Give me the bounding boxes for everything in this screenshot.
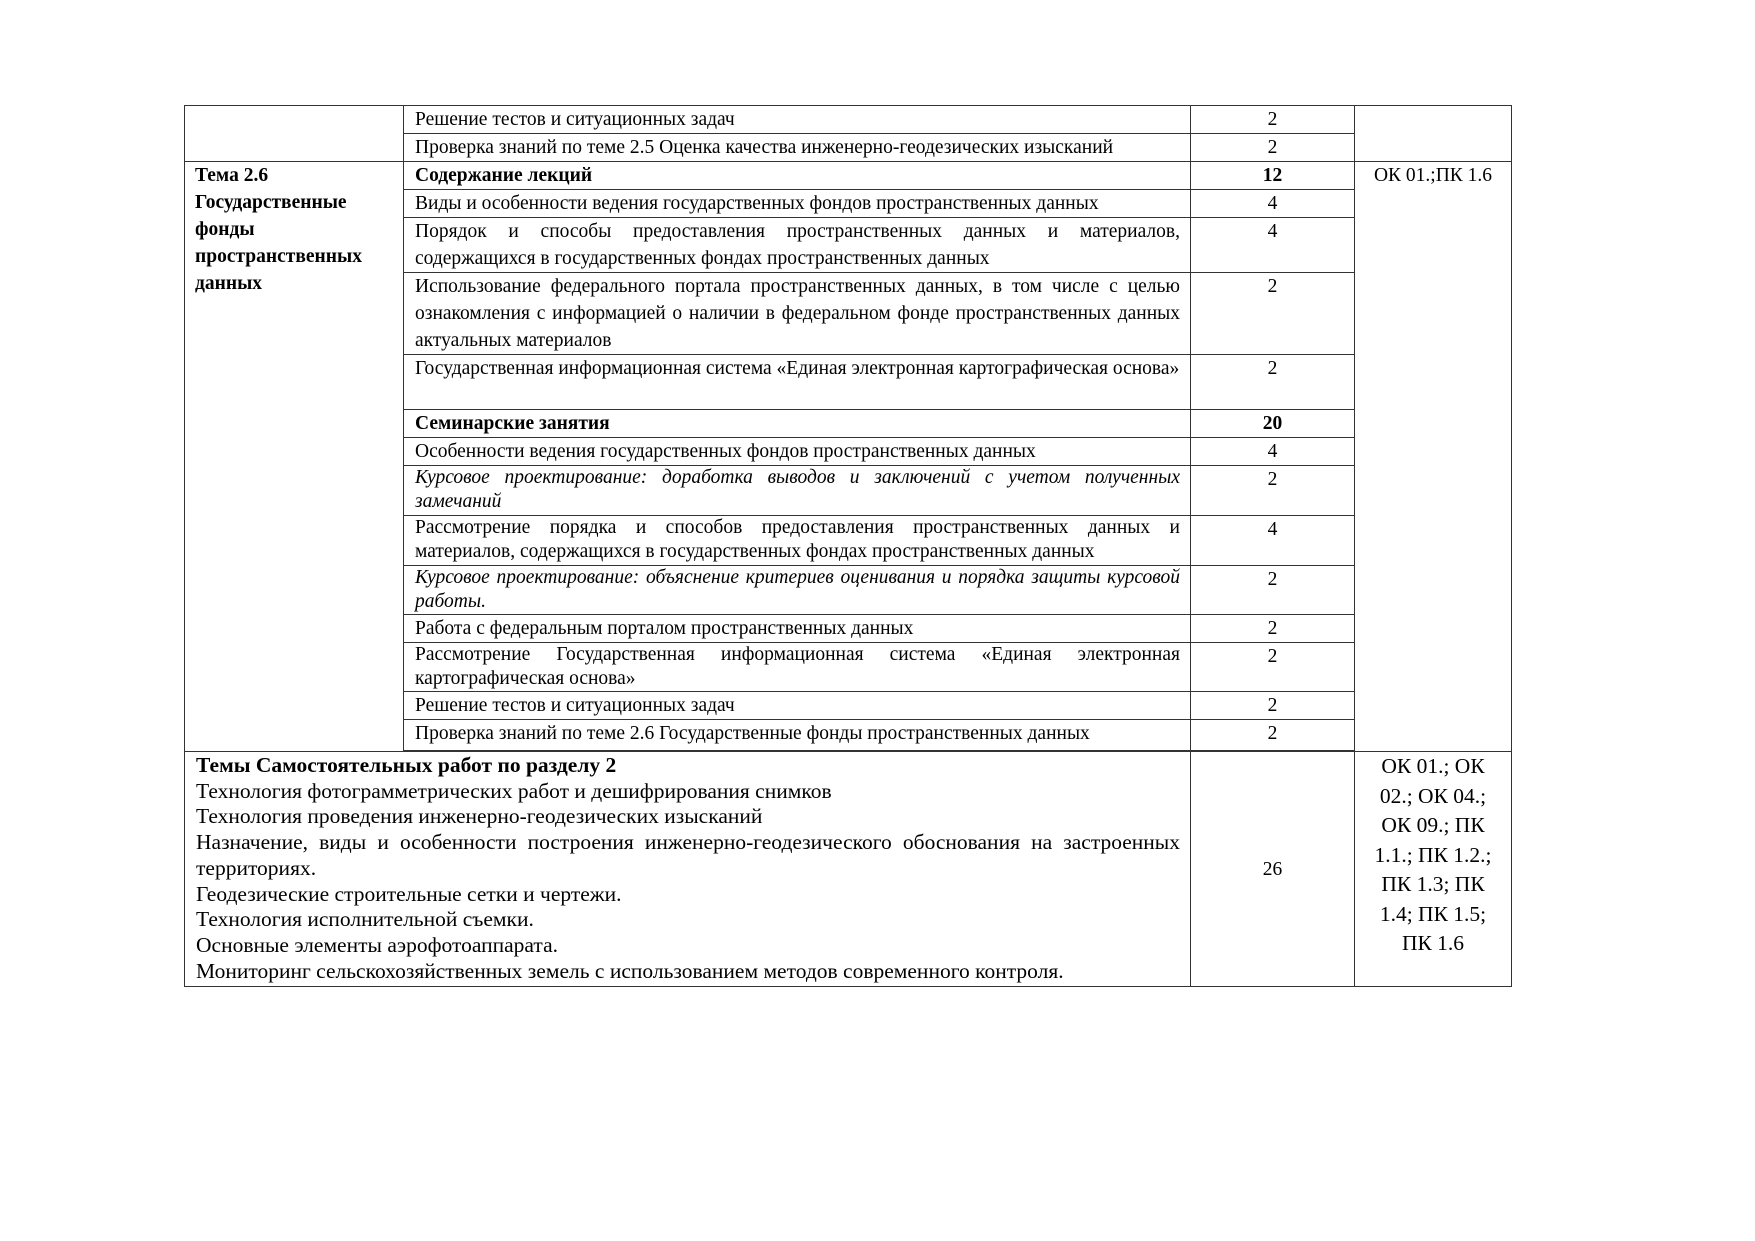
- topic-cell-empty: [185, 106, 404, 162]
- content-cell-italic: Курсовое проектирование: доработка вывод…: [404, 466, 1191, 516]
- hours-cell: 2: [1191, 720, 1355, 751]
- table-row: Тема 2.6 Государственные фонды пространс…: [185, 162, 1512, 190]
- independent-work-competencies: ОК 01.; ОК 02.; ОК 04.; ОК 09.; ПК 1.1.;…: [1355, 752, 1512, 987]
- content-cell: Решение тестов и ситуационных задач: [404, 692, 1191, 720]
- content-cell: Проверка знаний по теме 2.6 Государствен…: [404, 720, 1191, 751]
- section-heading-lectures: Содержание лекций: [404, 162, 1191, 190]
- curriculum-table: Решение тестов и ситуационных задач 2 Пр…: [184, 105, 1512, 987]
- hours-cell: 2: [1191, 134, 1355, 162]
- content-cell: Рассмотрение Государственная информацион…: [404, 643, 1191, 692]
- content-cell: Государственная информационная система «…: [404, 355, 1191, 410]
- content-cell: Рассмотрение порядка и способов предоста…: [404, 516, 1191, 566]
- independent-work-hours: 26: [1191, 752, 1355, 987]
- content-cell: Проверка знаний по теме 2.5 Оценка качес…: [404, 134, 1191, 162]
- content-cell: Порядок и способы предоставления простра…: [404, 218, 1191, 273]
- hours-total-seminars: 20: [1191, 410, 1355, 438]
- independent-work-topic: Назначение, виды и особенности построени…: [196, 830, 1180, 881]
- hours-cell: 4: [1191, 190, 1355, 218]
- hours-total-lectures: 12: [1191, 162, 1355, 190]
- content-cell-italic: Курсовое проектирование: объяснение крит…: [404, 566, 1191, 615]
- hours-cell: 4: [1191, 438, 1355, 466]
- hours-cell: 2: [1191, 643, 1355, 692]
- independent-work-topic: Технология фотограмметрических работ и д…: [196, 779, 1180, 805]
- independent-work-topic: Мониторинг сельскохозяйственных земель с…: [196, 959, 1180, 985]
- hours-cell: 2: [1191, 273, 1355, 355]
- hours-cell: 2: [1191, 466, 1355, 516]
- hours-cell: 2: [1191, 615, 1355, 643]
- competency-cell: ОК 01.;ПК 1.6: [1355, 162, 1512, 752]
- content-cell: Работа с федеральным порталом пространст…: [404, 615, 1191, 643]
- content-cell: Использование федерального портала прост…: [404, 273, 1191, 355]
- section-heading-seminars: Семинарские занятия: [404, 410, 1191, 438]
- content-cell: Виды и особенности ведения государственн…: [404, 190, 1191, 218]
- table-row-independent-work: Темы Самостоятельных работ по разделу 2 …: [185, 752, 1512, 987]
- independent-work-topic: Технология проведения инженерно-геодезич…: [196, 804, 1180, 830]
- independent-work-topic: Технология исполнительной съемки.: [196, 907, 1180, 933]
- independent-work-topic: Основные элементы аэрофотоаппарата.: [196, 933, 1180, 959]
- content-cell: Решение тестов и ситуационных задач: [404, 106, 1191, 134]
- independent-work-topic: Геодезические строительные сетки и черте…: [196, 882, 1180, 908]
- hours-cell: 2: [1191, 566, 1355, 615]
- document-page: Решение тестов и ситуационных задач 2 Пр…: [184, 105, 1511, 987]
- competency-cell-empty: [1355, 106, 1512, 162]
- hours-cell: 2: [1191, 355, 1355, 410]
- table-row: Решение тестов и ситуационных задач 2: [185, 106, 1512, 134]
- hours-cell: 2: [1191, 106, 1355, 134]
- content-cell: Особенности ведения государственных фонд…: [404, 438, 1191, 466]
- independent-work-heading: Темы Самостоятельных работ по разделу 2: [196, 753, 1180, 779]
- hours-cell: 4: [1191, 218, 1355, 273]
- independent-work-cell: Темы Самостоятельных работ по разделу 2 …: [185, 752, 1191, 987]
- hours-cell: 4: [1191, 516, 1355, 566]
- topic-title: Тема 2.6 Государственные фонды пространс…: [185, 162, 404, 752]
- hours-cell: 2: [1191, 692, 1355, 720]
